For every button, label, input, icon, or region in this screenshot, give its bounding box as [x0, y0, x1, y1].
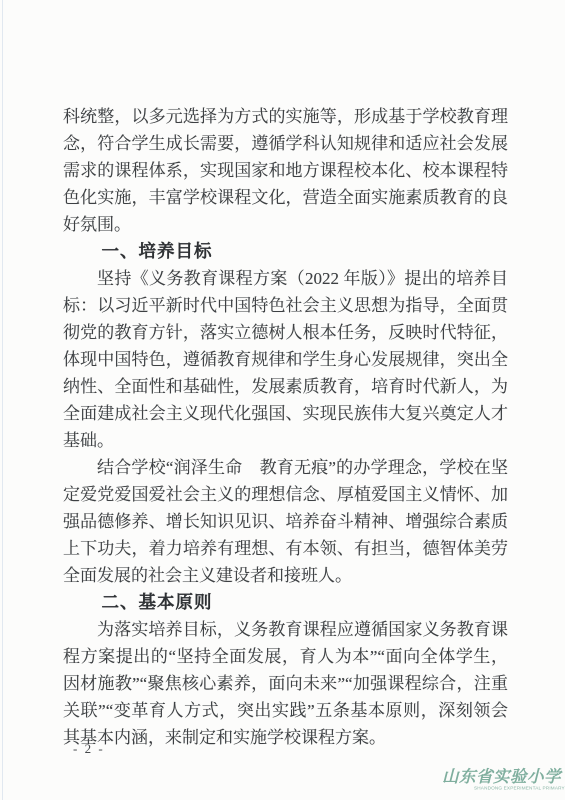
school-name-english: SHANDONG EXPERIMENTAL PRIMARY SCHOOL	[474, 786, 561, 791]
page-number: - 2 -	[73, 741, 105, 757]
school-name-chinese: 山东省实验小学	[411, 768, 561, 786]
document-body: 科统整，以多元选择为方式的实施等，形成基于学校教育理念，符合学生成长需要，遵循学…	[63, 103, 508, 751]
scanned-document-page: 科统整，以多元选择为方式的实施等，形成基于学校教育理念，符合学生成长需要，遵循学…	[0, 0, 565, 800]
body-paragraph: 坚持《义务教育课程方案（2022 年版）》提出的培养目标：以习近平新时代中国特色…	[63, 265, 508, 454]
scan-edge-artifact	[2, 0, 3, 800]
section-heading-basic-principles: 二、基本原则	[63, 589, 508, 616]
body-paragraph: 科统整，以多元选择为方式的实施等，形成基于学校教育理念，符合学生成长需要，遵循学…	[63, 103, 508, 238]
body-paragraph: 结合学校“润泽生命 教育无痕”的办学理念，学校在坚定爱党爱国爱社会主义的理想信念…	[63, 454, 508, 589]
section-heading-training-goals: 一、培养目标	[63, 238, 508, 265]
school-watermark-logo: 山东省实验小学 SHANDONG EXPERIMENTAL PRIMARY SC…	[411, 768, 561, 794]
body-paragraph: 为落实培养目标，义务教育课程应遵循国家义务教育课程方案提出的“坚持全面发展，育人…	[63, 616, 508, 751]
